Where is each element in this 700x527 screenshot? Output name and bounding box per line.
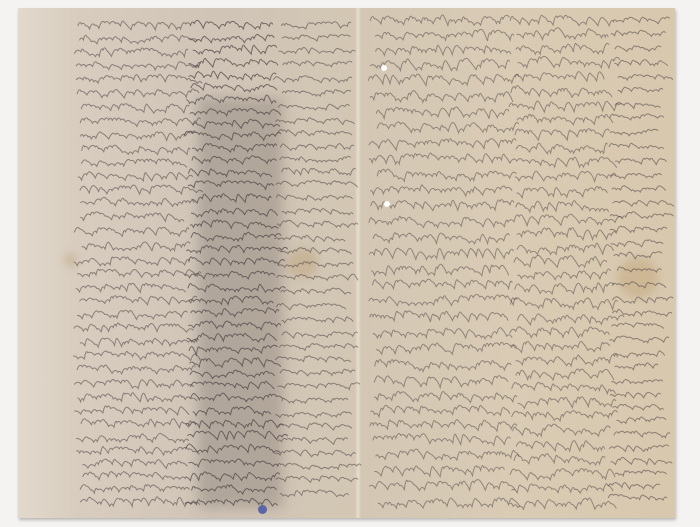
pin-hole <box>384 201 390 207</box>
scribbled-paper-sheet <box>18 8 675 518</box>
ink-spot <box>258 505 267 514</box>
scribble-handwriting <box>18 8 675 518</box>
pin-hole <box>381 65 387 71</box>
